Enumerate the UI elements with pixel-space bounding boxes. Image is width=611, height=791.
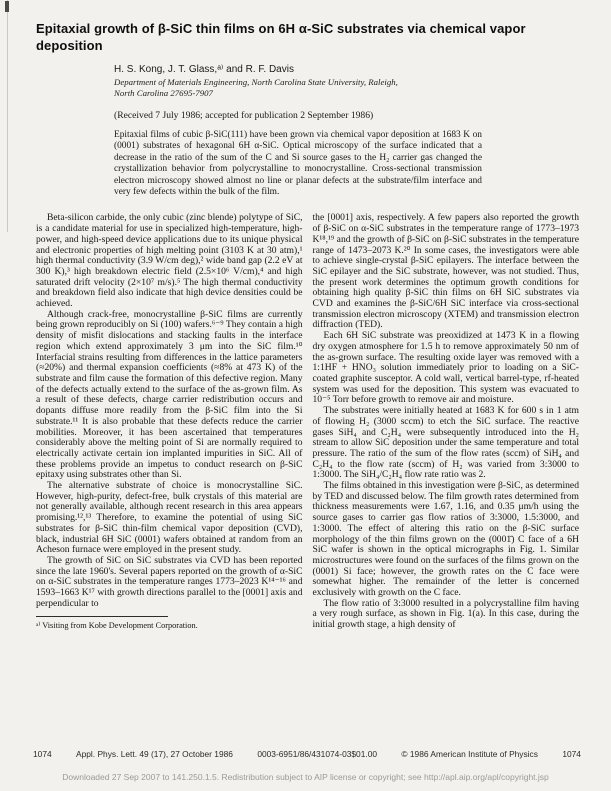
body-paragraph: Although crack-free, monocrystalline β-S…: [36, 310, 303, 481]
body-paragraph: Each 6H SiC substrate was preoxidized at…: [313, 331, 580, 406]
download-notice: Downloaded 27 Sep 2007 to 141.250.1.5. R…: [0, 772, 611, 782]
journal-footer: 1074 Appl. Phys. Lett. 49 (17), 27 Octob…: [33, 749, 581, 759]
paper-page: Epitaxial growth of β-SiC thin films on …: [0, 0, 611, 791]
right-column: the [0001] axis, respectively. A few pap…: [313, 213, 580, 631]
body-paragraph: The growth of SiC on SiC substrates via …: [36, 556, 303, 610]
scan-artifact-line: [7, 0, 8, 232]
paper-title: Epitaxial growth of β-SiC thin films on …: [36, 20, 596, 54]
article-code: 0003-6951/86/431074-03$01.00: [257, 749, 377, 759]
page-content: Epitaxial growth of β-SiC thin films on …: [0, 0, 611, 631]
body-columns: Beta-silicon carbide, the only cubic (zi…: [36, 213, 579, 631]
journal-citation: Appl. Phys. Lett. 49 (17), 27 October 19…: [76, 749, 233, 759]
body-paragraph: The alternative substrate of choice is m…: [36, 481, 303, 556]
body-paragraph: Beta-silicon carbide, the only cubic (zi…: [36, 213, 303, 309]
author-footnote: ᵃ⁾ Visiting from Kobe Development Corpor…: [36, 621, 303, 631]
left-column: Beta-silicon carbide, the only cubic (zi…: [36, 213, 303, 631]
author-list: H. S. Kong, J. T. Glass,ᵃ⁾ and R. F. Dav…: [114, 64, 579, 75]
body-paragraph: The substrates were initially heated at …: [313, 406, 580, 481]
abstract: Epitaxial films of cubic β-SiC(111) have…: [114, 130, 482, 198]
affiliation: Department of Materials Engineering, Nor…: [114, 77, 414, 99]
body-paragraph: The films obtained in this investigation…: [313, 481, 580, 599]
page-number-left: 1074: [33, 749, 52, 759]
body-paragraph: the [0001] axis, respectively. A few pap…: [313, 213, 580, 331]
received-dates: (Received 7 July 1986; accepted for publ…: [114, 110, 579, 121]
footnote-divider: [36, 616, 168, 617]
page-number-right: 1074: [562, 749, 581, 759]
scan-artifact-mark: [5, 1, 9, 12]
copyright-notice: © 1986 American Institute of Physics: [401, 749, 538, 759]
body-paragraph: The flow ratio of 3:3000 resulted in a p…: [313, 599, 580, 631]
